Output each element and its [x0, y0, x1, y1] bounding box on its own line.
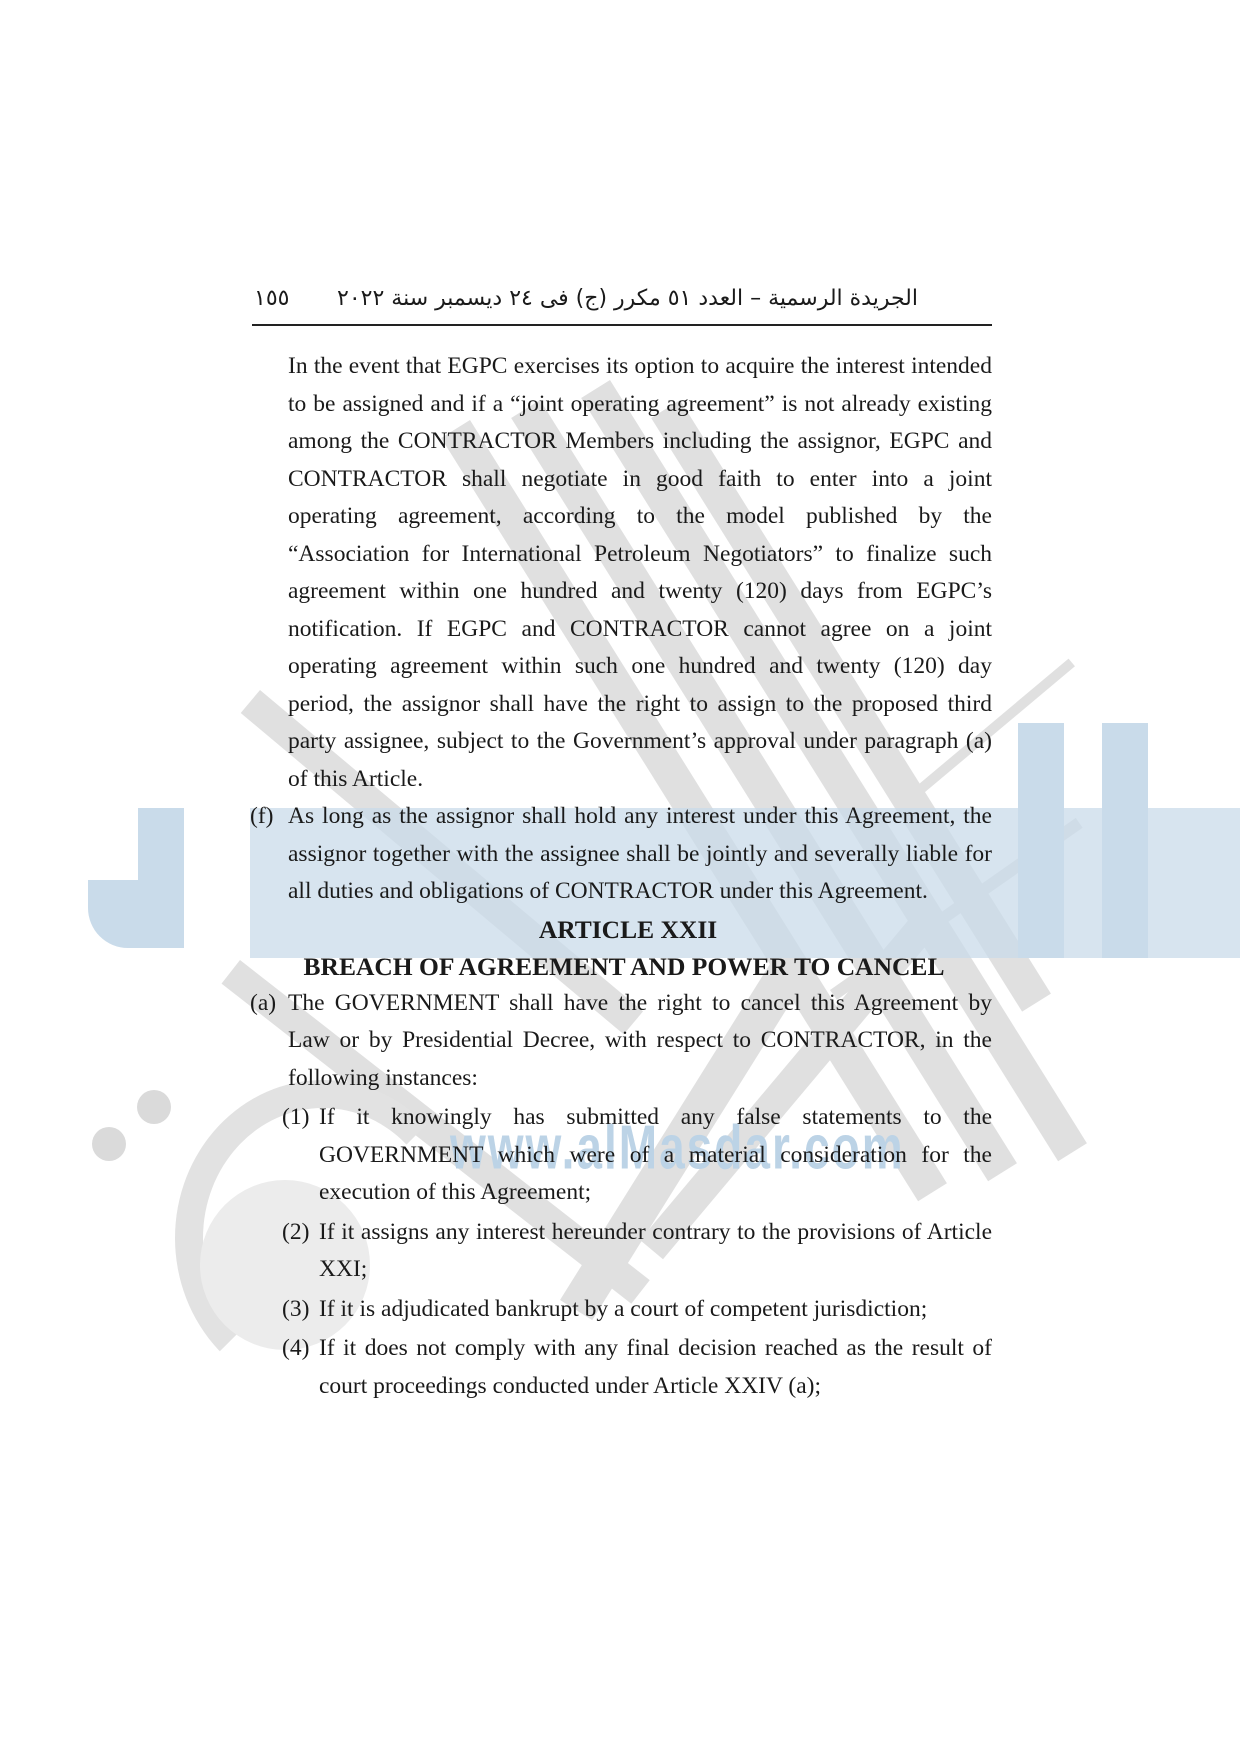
watermark-logo-block	[1018, 723, 1064, 958]
watermark-dot	[92, 1127, 126, 1161]
document-body: In the event that EGPC exercises its opt…	[250, 348, 992, 1405]
page-header: الجريدة الرسمية – العدد ٥١ مكرر (ج) فى ٢…	[252, 282, 992, 326]
sub-clause: (4) If it does not comply with any final…	[250, 1330, 992, 1405]
clause-f: (f) As long as the assignor shall hold a…	[250, 798, 992, 911]
watermark-logo-block	[1102, 723, 1148, 958]
clause-text: As long as the assignor shall hold any i…	[288, 803, 992, 904]
article-heading: ARTICLE XXII	[250, 911, 992, 948]
intro-paragraph: In the event that EGPC exercises its opt…	[250, 348, 992, 798]
article-title: BREACH OF AGREEMENT AND POWER TO CANCEL	[250, 948, 992, 985]
sub-clause-text: If it knowingly has submitted any false …	[319, 1104, 992, 1205]
clause-a: (a) The GOVERNMENT shall have the right …	[250, 985, 992, 1098]
sub-clause-label: (2)	[282, 1214, 309, 1252]
watermark-logo-block	[88, 880, 184, 948]
sub-clause-label: (3)	[282, 1291, 309, 1329]
clause-label: (f)	[250, 798, 273, 836]
clause-text: The GOVERNMENT shall have the right to c…	[288, 990, 992, 1091]
sub-clause: (3) If it is adjudicated bankrupt by a c…	[250, 1291, 992, 1329]
sub-clause-label: (1)	[282, 1099, 309, 1137]
sub-clause: (2) If it assigns any interest hereunder…	[250, 1214, 992, 1289]
sub-clause-label: (4)	[282, 1330, 309, 1368]
page-number: ١٥٥	[254, 286, 289, 311]
sub-clause-text: If it does not comply with any final dec…	[319, 1335, 992, 1399]
watermark-logo-block	[138, 808, 184, 928]
gazette-title: الجريدة الرسمية – العدد ٥١ مكرر (ج) فى ٢…	[337, 286, 918, 311]
sub-clause-text: If it is adjudicated bankrupt by a court…	[319, 1296, 927, 1322]
watermark-dot	[137, 1090, 171, 1124]
sub-clause: (1) If it knowingly has submitted any fa…	[250, 1099, 992, 1212]
sub-clause-text: If it assigns any interest hereunder con…	[319, 1219, 992, 1283]
clause-label: (a)	[250, 985, 276, 1023]
